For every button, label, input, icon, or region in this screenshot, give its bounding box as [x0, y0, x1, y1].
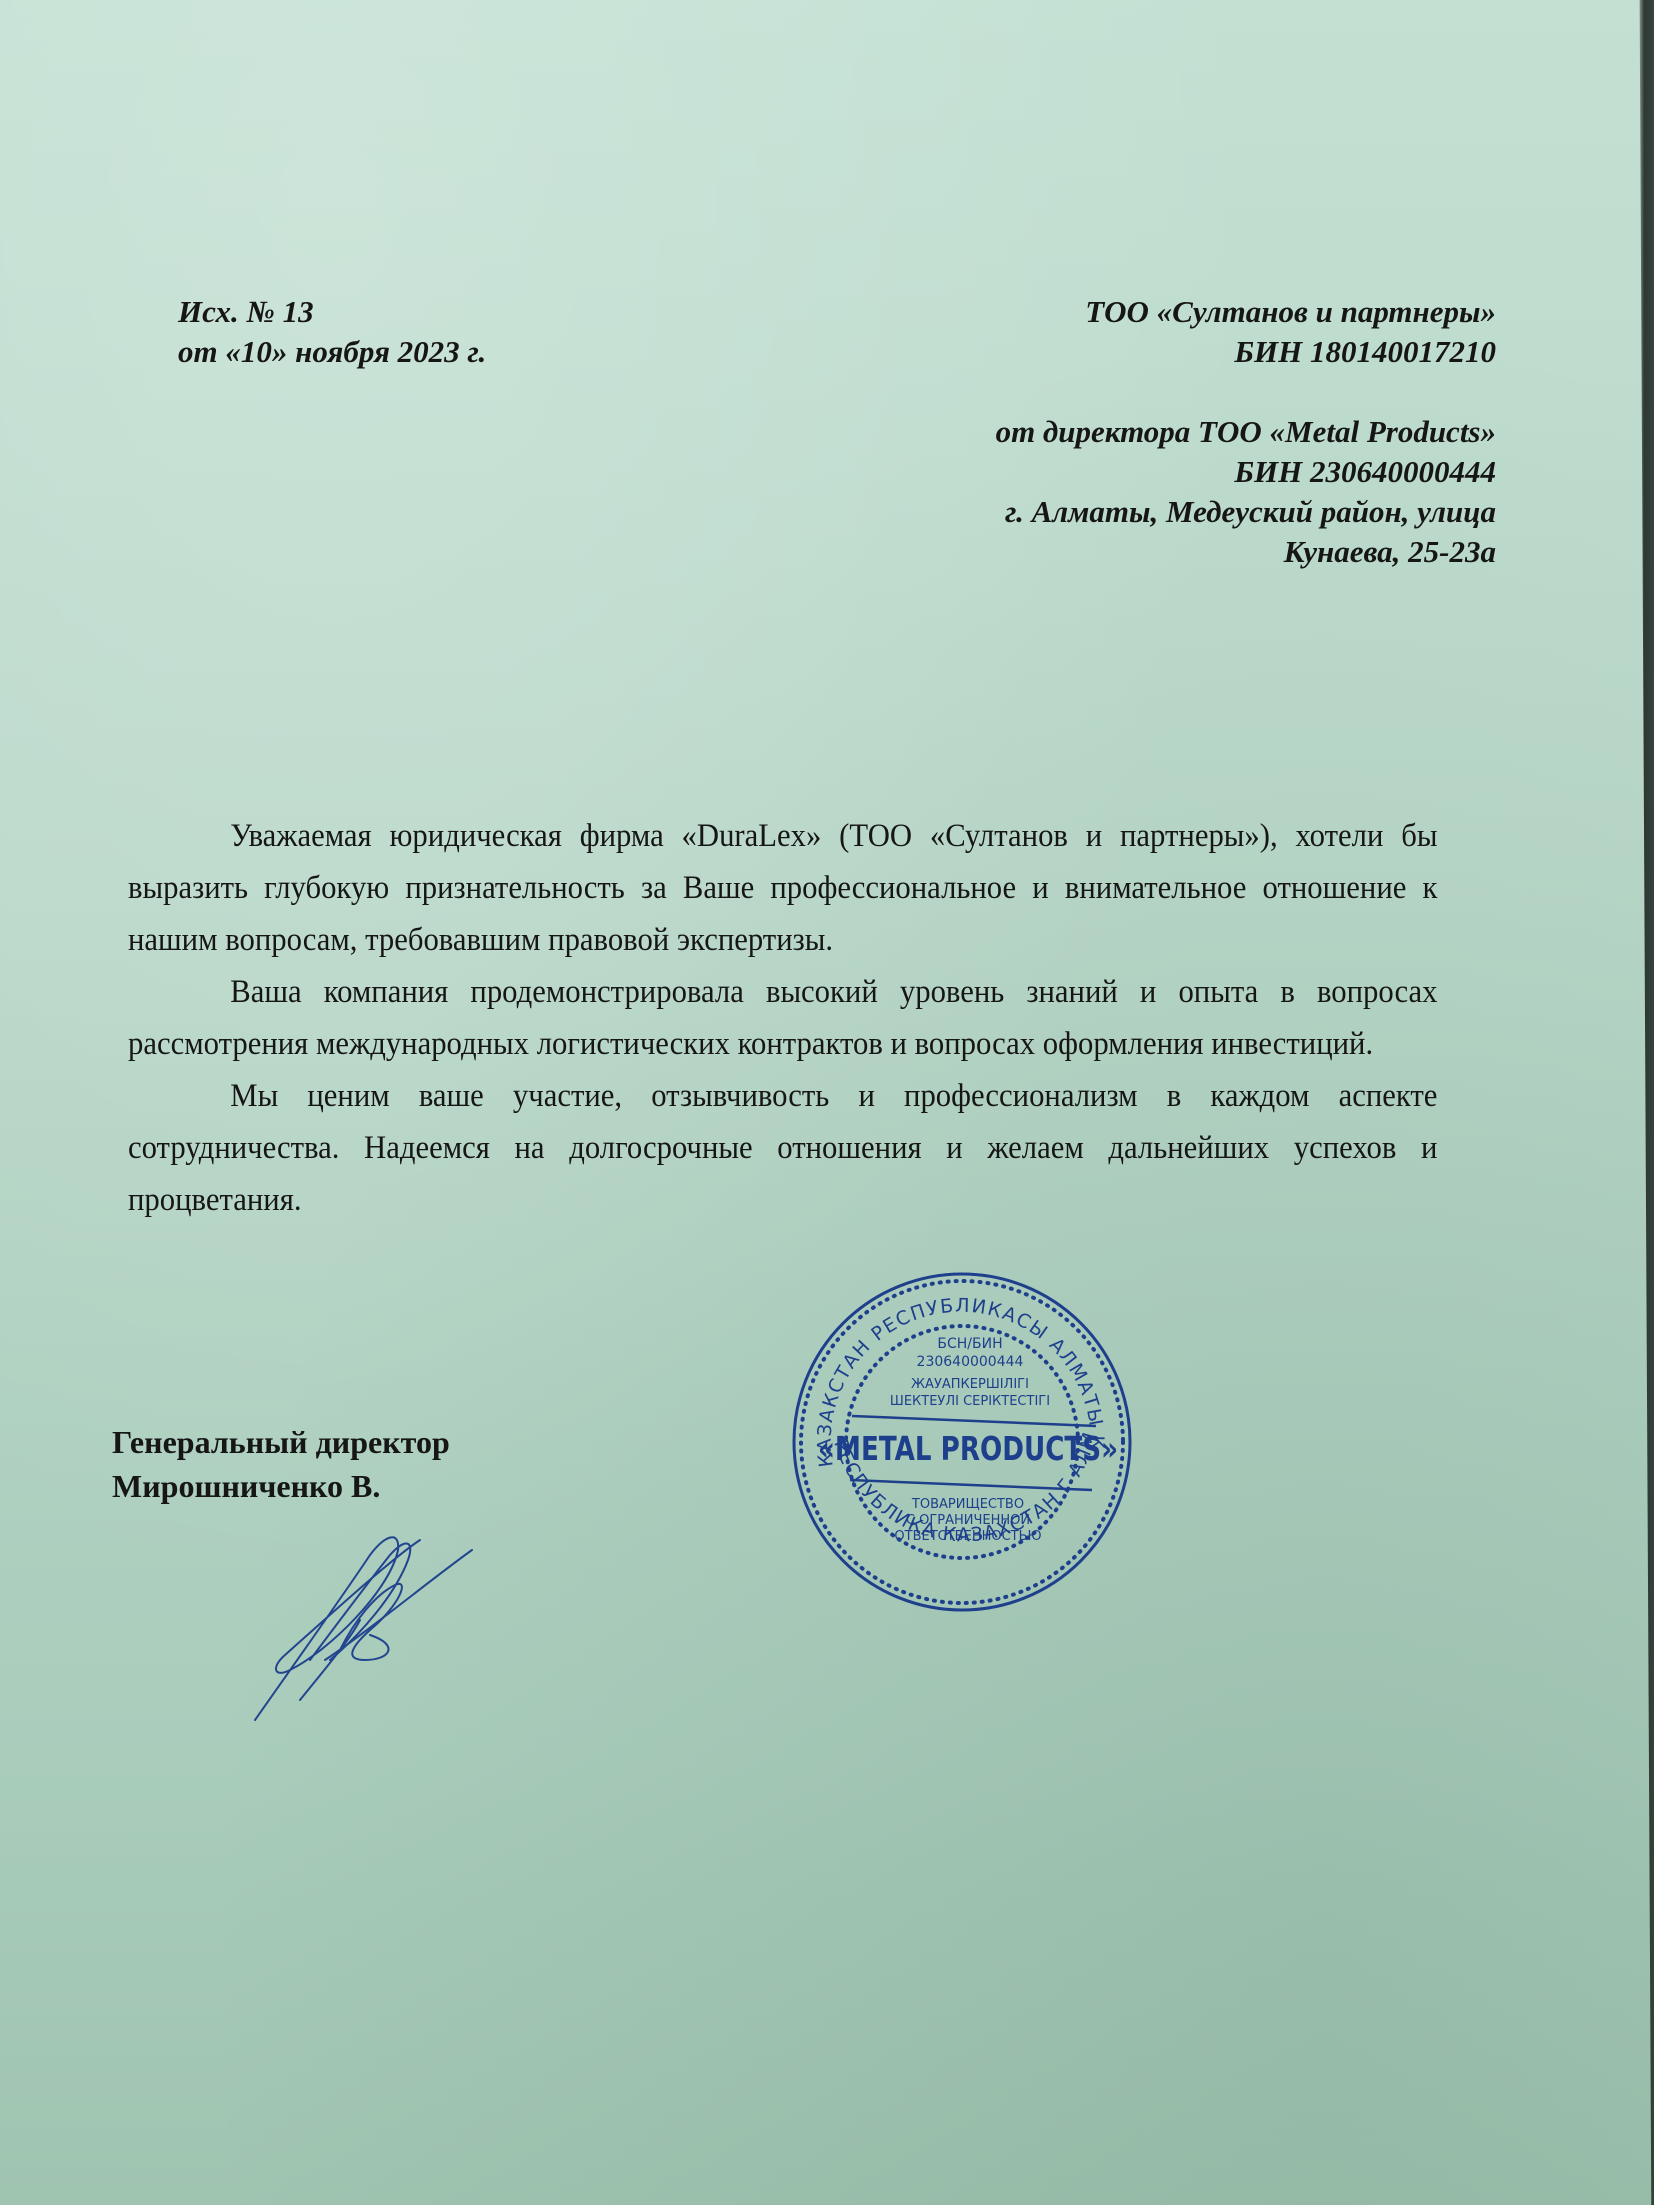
- page-edge-shadow: [1636, 0, 1654, 2205]
- signature-block: Генеральный директор Мирошниченко В.: [112, 1420, 450, 1508]
- outgoing-number: Исх. № 13: [178, 292, 486, 332]
- body-paragraph: Ваша компания продемонстрировала высокий…: [128, 966, 1437, 1070]
- company-seal-icon: КАЗАКСТАН РЕСПУБЛИКАСЫ АЛМАТЫ К РЕСПУБЛИ…: [790, 1270, 1135, 1615]
- spacer: [996, 372, 1496, 412]
- sender-address-line2: Кунаева, 25-23а: [996, 532, 1496, 572]
- body-paragraph: Уважаемая юридическая фирма «DuraLex» (Т…: [128, 810, 1437, 966]
- letter-date: от «10» ноября 2023 г.: [178, 332, 486, 372]
- stamp-kz-line2: ШЕКТЕУЛІ СЕРІКТЕСТІГІ: [890, 1394, 1050, 1409]
- stamp-ru-line2: С ОГРАНИЧЕННОЙ: [906, 1512, 1030, 1528]
- sender-bin: БИН 230640000444: [996, 452, 1496, 492]
- signatory-name: Мирошниченко В.: [112, 1464, 450, 1508]
- addressee-block: ТОО «Султанов и партнеры» БИН 1801400172…: [996, 292, 1496, 572]
- stamp-bin-label: БСН/БИН: [937, 1336, 1002, 1352]
- body-paragraph: Мы ценим ваше участие, отзывчивость и пр…: [128, 1070, 1437, 1226]
- stamp-kz-line1: ЖАУАПКЕРШІЛІГІ: [911, 1377, 1029, 1392]
- recipient-bin: БИН 180140017210: [996, 332, 1496, 372]
- stamp-bin-number: 230640000444: [917, 1354, 1024, 1370]
- handwritten-signature-icon: [250, 1510, 480, 1730]
- letter-body: Уважаемая юридическая фирма «DuraLex» (Т…: [128, 810, 1437, 1226]
- sender-from: от директора ТОО «Metal Products»: [996, 412, 1496, 452]
- outgoing-reference: Исх. № 13 от «10» ноября 2023 г.: [178, 292, 486, 372]
- stamp-ru-line3: ОТВЕТСТВЕННОСТЬЮ: [894, 1529, 1041, 1544]
- sender-address-line1: г. Алматы, Медеуский район, улица: [996, 492, 1496, 532]
- stamp-ru-line1: ТОВАРИЩЕСТВО: [911, 1497, 1024, 1512]
- recipient-name: ТОО «Султанов и партнеры»: [996, 292, 1496, 332]
- signatory-title: Генеральный директор: [112, 1420, 450, 1464]
- stamp-company-name: «METAL PRODUCTS»: [818, 1429, 1118, 1468]
